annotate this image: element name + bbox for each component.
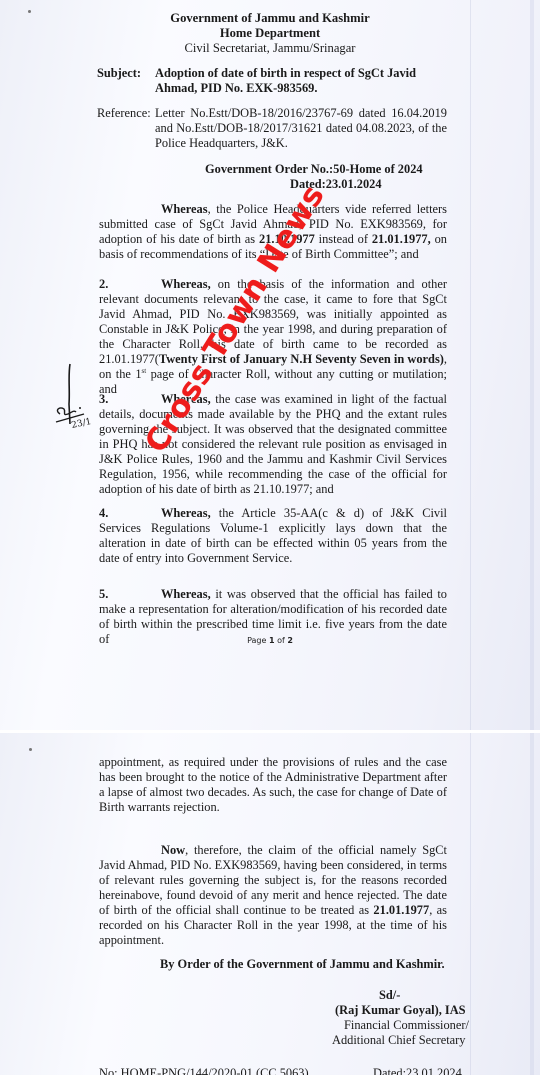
page-number: Page 1 of 2 bbox=[0, 636, 540, 645]
para-lead: Now bbox=[161, 843, 185, 857]
para-text: instead of bbox=[315, 232, 372, 246]
paragraph-5-continued: appointment, as required under the provi… bbox=[99, 755, 447, 815]
date-bold: 21.01.1977 bbox=[373, 903, 429, 917]
signatory-title-1: Financial Commissioner/ bbox=[344, 1018, 469, 1033]
para-number: 3. bbox=[99, 392, 161, 407]
para-lead: Whereas bbox=[161, 202, 208, 216]
subject-label: Subject: bbox=[97, 66, 141, 81]
para-lead: Whereas, bbox=[161, 506, 211, 520]
para-text: the case was examined in light of the fa… bbox=[99, 392, 447, 496]
para-number: 5. bbox=[99, 587, 161, 602]
handwritten-initials-icon: 23/1 bbox=[50, 362, 100, 442]
page-total: 2 bbox=[287, 636, 293, 645]
scan-speck bbox=[29, 748, 32, 751]
signatory-name: (Raj Kumar Goyal), IAS bbox=[335, 1003, 466, 1018]
order-date: Dated:23.01.2024 bbox=[290, 177, 382, 192]
document-page-1: Government of Jammu and Kashmir Home Dep… bbox=[0, 0, 540, 730]
footer-number: No: HOME-PNG/144/2020-01 (CC 5063) bbox=[99, 1066, 309, 1075]
order-number: Government Order No.:50-Home of 2024 bbox=[205, 162, 423, 177]
scan-speck bbox=[28, 10, 31, 13]
para-number: 2. bbox=[99, 277, 161, 292]
para-lead: Whereas, bbox=[161, 587, 211, 601]
header-address: Civil Secretariat, Jammu/Srinagar bbox=[0, 41, 540, 56]
footer-date: Dated:23.01.2024 bbox=[373, 1066, 462, 1075]
by-order-line: By Order of the Government of Jammu and … bbox=[160, 957, 445, 972]
para-lead: Whereas, bbox=[161, 277, 211, 291]
para-number: 4. bbox=[99, 506, 161, 521]
signatory-title-2: Additional Chief Secretary bbox=[332, 1033, 466, 1048]
paragraph-1: Whereas, the Police Headquarters vide re… bbox=[99, 202, 447, 262]
para-lead: Whereas, bbox=[161, 392, 211, 406]
operative-paragraph: Now, therefore, the claim of the officia… bbox=[99, 843, 447, 948]
document-page-2: appointment, as required under the provi… bbox=[0, 733, 540, 1075]
header-department: Home Department bbox=[0, 26, 540, 41]
page-prefix: Page bbox=[247, 636, 269, 645]
paragraph-3: 3.Whereas, the case was examined in ligh… bbox=[99, 392, 447, 497]
paragraph-4: 4.Whereas, the Article 35-AA(c & d) of J… bbox=[99, 506, 447, 566]
svg-text:23/1: 23/1 bbox=[71, 417, 93, 431]
signed-mark: Sd/- bbox=[379, 988, 400, 1003]
reference-label: Reference: bbox=[97, 106, 151, 121]
date-in-words: Twenty First of January N.H Seventy Seve… bbox=[159, 352, 444, 366]
page-middle: of bbox=[275, 636, 288, 645]
paragraph-2: 2.Whereas, on the basis of the informati… bbox=[99, 277, 447, 397]
header-government: Government of Jammu and Kashmir bbox=[0, 11, 540, 26]
date-bold: 21.10.1977 bbox=[259, 232, 315, 246]
reference-text: Letter No.Estt/DOB-18/2016/23767-69 date… bbox=[155, 106, 447, 151]
date-bold: 21.01.1977, bbox=[372, 232, 431, 246]
subject-text: Adoption of date of birth in respect of … bbox=[155, 66, 447, 96]
